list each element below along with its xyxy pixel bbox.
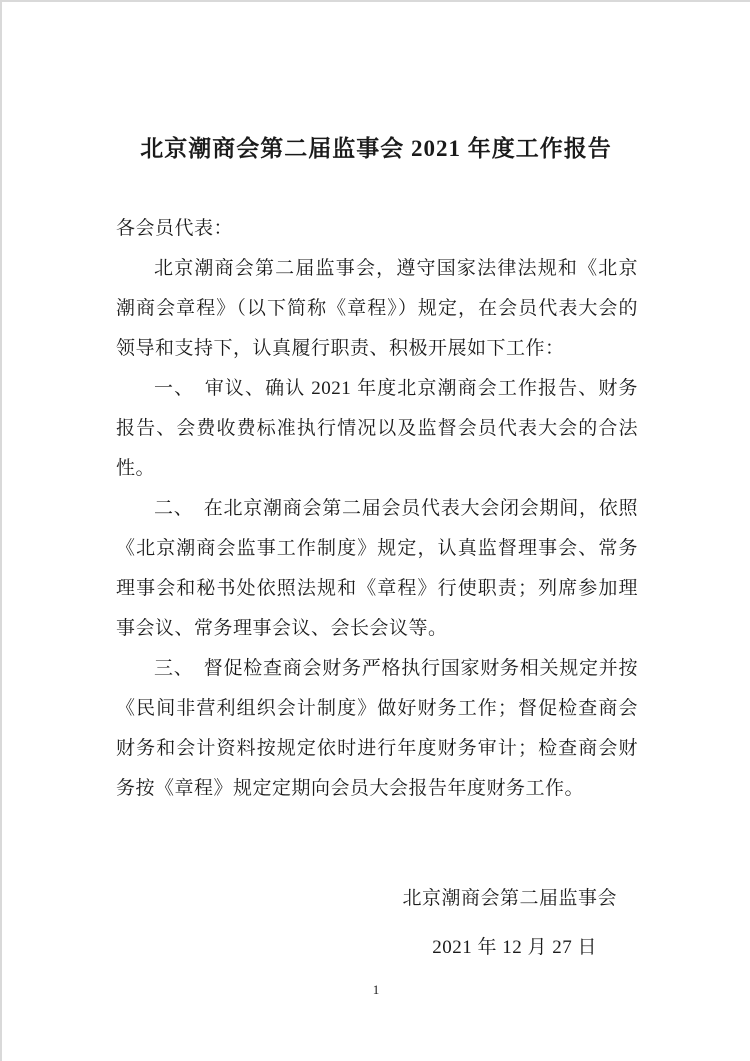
salutation-line: 各会员代表： <box>116 209 638 249</box>
document-page: 北京潮商会第二届监事会 2021 年度工作报告 各会员代表： 北京潮商会第二届监… <box>0 0 750 1061</box>
page-footer: 1 <box>2 982 750 998</box>
paragraph-item-2: 二、 在北京潮商会第二届会员代表大会闭会期间，依照《北京潮商会监事工作制度》规定… <box>116 489 638 649</box>
signature-date: 2021 年 12 月 27 日 <box>2 936 750 960</box>
paragraph-item-1: 一、 审议、确认 2021 年度北京潮商会工作报告、财务报告、会费收费标准执行情… <box>116 369 638 489</box>
signature-block: 北京潮商会第二届监事会 2021 年 12 月 27 日 <box>2 887 750 960</box>
paragraph-item-3: 三、 督促检查商会财务严格执行国家财务相关规定并按《民间非营利组织会计制度》做好… <box>116 649 638 809</box>
document-body: 各会员代表： 北京潮商会第二届监事会，遵守国家法律法规和《北京潮商会章程》（以下… <box>2 209 750 809</box>
signature-org: 北京潮商会第二届监事会 <box>2 887 750 911</box>
page-number: 1 <box>373 982 380 997</box>
document-title: 北京潮商会第二届监事会 2021 年度工作报告 <box>2 2 750 164</box>
paragraph-intro: 北京潮商会第二届监事会，遵守国家法律法规和《北京潮商会章程》（以下简称《章程》）… <box>116 249 638 369</box>
